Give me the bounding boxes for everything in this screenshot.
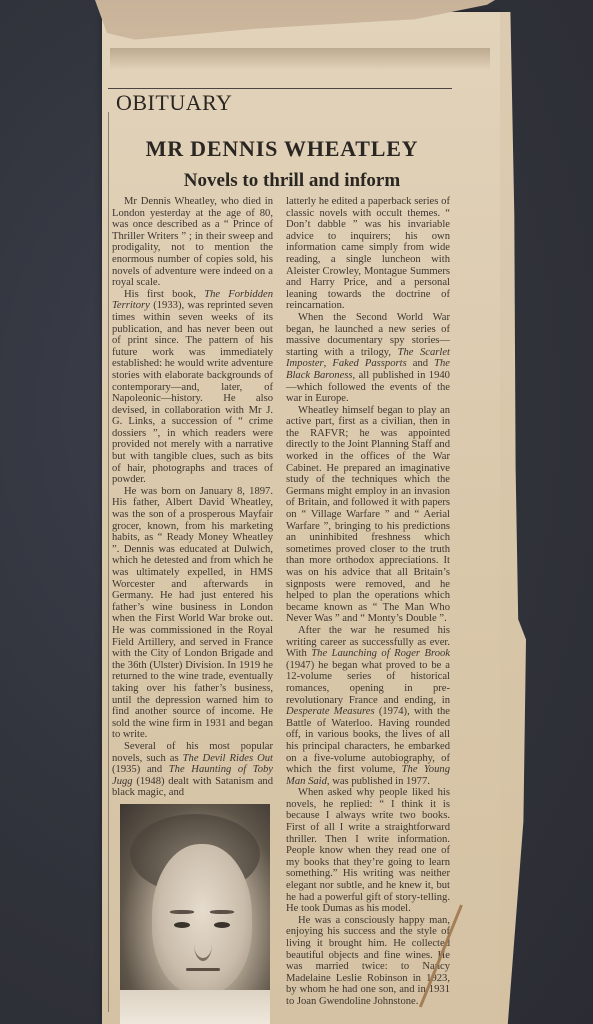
photo-eye — [174, 922, 190, 928]
newspaper-clipping: OBITUARY MR DENNIS WHEATLEY Novels to th… — [102, 12, 500, 1024]
article-paragraph: When the Second World War began, he laun… — [286, 312, 450, 405]
article-paragraph: Wheatley himself began to play an active… — [286, 405, 450, 625]
photo-brow — [210, 910, 234, 914]
article-paragraph: He was born on January 8, 1897. His fath… — [112, 486, 273, 741]
portrait-photo — [120, 804, 270, 1024]
section-label: OBITUARY — [116, 90, 232, 116]
top-rule — [108, 88, 452, 89]
book-title: The Forbidden Territory — [112, 289, 273, 312]
photo-eye — [214, 922, 230, 928]
photo-nose — [194, 928, 212, 961]
column-rule — [108, 112, 109, 1012]
book-title: Faked Passports — [332, 358, 406, 369]
book-title: The Launching of Roger Brook — [311, 648, 450, 659]
book-title: Desperate Measures — [286, 706, 375, 717]
headline: MR DENNIS WHEATLEY — [122, 136, 442, 162]
article-paragraph: Several of his most popular novels, such… — [112, 741, 273, 799]
book-title: The Haunting of Toby Jugg — [112, 764, 273, 787]
photo-mouth — [186, 968, 220, 971]
torn-edge — [500, 12, 526, 1024]
book-title: The Young Man Said — [286, 764, 450, 787]
photo-face — [152, 844, 252, 994]
article-paragraph: Mr Dennis Wheatley, who died in London y… — [112, 196, 273, 289]
article-column-right: latterly he edited a paperback series of… — [286, 196, 450, 1008]
article-paragraph: latterly he edited a paperback series of… — [286, 196, 450, 312]
photo-collar — [120, 990, 270, 1024]
article-column-left: Mr Dennis Wheatley, who died in London y… — [112, 196, 273, 799]
photo-brow — [170, 910, 194, 914]
article-paragraph: His first book, The Forbidden Territory … — [112, 289, 273, 486]
subheadline: Novels to thrill and inform — [142, 170, 442, 192]
article-paragraph: After the war he resumed his writing car… — [286, 625, 450, 787]
fold-shadow — [110, 48, 490, 70]
book-title: The Devil Rides Out — [183, 753, 273, 764]
article-paragraph: When asked why people liked his novels, … — [286, 787, 450, 915]
